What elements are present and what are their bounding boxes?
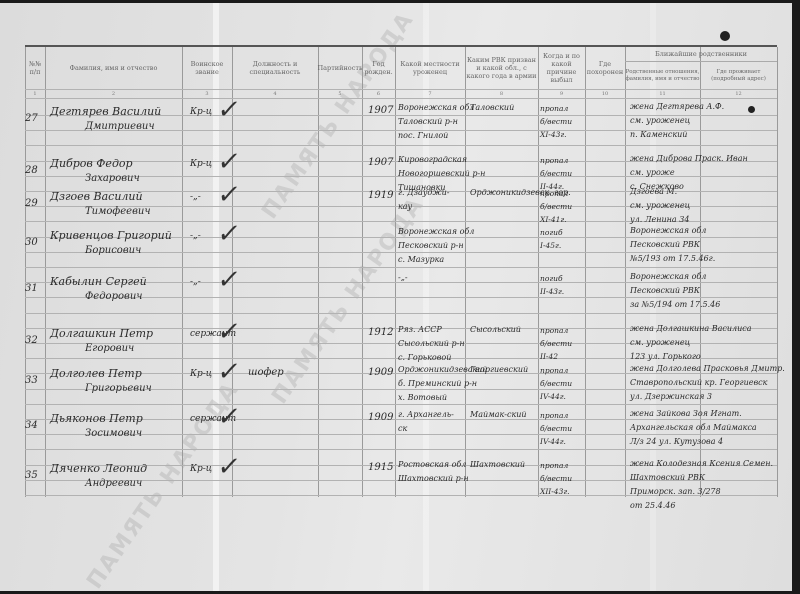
fate-line: б/вести — [540, 169, 572, 178]
fate-line: пропал — [540, 326, 568, 335]
birthplace-line: Сысольский р-н — [398, 339, 465, 348]
relative-line: Воронежская обл — [630, 272, 706, 281]
relative-line: 123 ул. Горького — [630, 352, 701, 361]
relative-line: Песковский РВК — [630, 286, 700, 295]
fate-line: пропал — [540, 189, 568, 198]
relative-line: п. Каменский — [630, 130, 687, 139]
column-number: 5 — [318, 91, 362, 97]
column-header-name: Фамилия, имя и отчество — [45, 48, 182, 88]
person-name: Долголев Петр — [50, 367, 142, 380]
column-number: 4 — [232, 91, 318, 97]
relative-line: см. уроженец — [630, 201, 690, 210]
fate-line: б/вести — [540, 117, 572, 126]
person-name: Дьяконов Петр — [50, 412, 143, 425]
birthplace-line: г. Дзауджи- — [398, 188, 449, 197]
birth-year: 1907 — [368, 105, 393, 116]
row-number: 30 — [25, 237, 38, 248]
fate-line: б/вести — [540, 202, 572, 211]
military-rank: -„- — [190, 277, 201, 287]
row-rule — [25, 267, 777, 268]
birth-year: 1907 — [368, 157, 393, 168]
row-rule — [25, 98, 777, 99]
birthplace-line: х. Вотовый — [398, 393, 447, 402]
birth-year: 1909 — [368, 412, 393, 423]
person-patronymic: Зосимович — [85, 428, 142, 439]
relative-line: Шахтовский РВК — [630, 473, 705, 482]
watermark-logo: ПАМЯТЬ НАРОДА — [267, 192, 429, 408]
person-patronymic: Захарович — [85, 173, 140, 184]
relative-line: жена Диброва Праск. Иван — [630, 154, 748, 163]
birthplace-line: Песковский р-н — [398, 241, 464, 250]
column-header-rvk: Каким РВК призван и какой обл., с какого… — [465, 48, 538, 88]
column-number: 7 — [395, 91, 465, 97]
person-patronymic: Андреевич — [85, 478, 142, 489]
relative-line: ул. Дзержинская 3 — [630, 392, 712, 401]
row-number: 35 — [25, 470, 38, 481]
column-header-num: №№ п/п — [25, 48, 45, 88]
birthplace-line: -„- — [398, 273, 408, 282]
row-number: 29 — [25, 198, 38, 209]
column-number: 12 — [700, 91, 777, 97]
relative-line: Ставропольский кр. Георгиевск — [630, 378, 767, 387]
column-number: 11 — [625, 91, 700, 97]
fate-line: б/вести — [540, 339, 572, 348]
relative-line: жена Долгашкина Василиса — [630, 324, 752, 333]
person-name: Дяченко Леонид — [50, 462, 147, 475]
row-rule — [25, 313, 777, 314]
birthplace-line: Новогоршевский р-н — [398, 169, 485, 178]
military-rank: Кр-ц — [190, 107, 212, 117]
column-header-birthplace: Какой местности уроженец — [395, 48, 465, 88]
fate-line: б/вести — [540, 474, 572, 483]
person-name: Кривенцов Григорий — [50, 229, 172, 242]
birthplace-line: Воронежская обл — [398, 227, 474, 236]
column-header-when: Когда и по какой причине выбыл — [538, 48, 585, 88]
birth-year: 1912 — [368, 327, 393, 338]
fate-line: II-43г. — [540, 287, 564, 296]
person-name: Долгашкин Петр — [50, 327, 153, 340]
rvk: Сысольский — [470, 325, 521, 334]
check-mark-icon: ✓ — [215, 147, 242, 177]
person-patronymic: Дмитриевич — [85, 121, 155, 132]
fate-line: пропал — [540, 104, 568, 113]
column-header-year: Год рожден. — [362, 48, 395, 88]
relative-line: см. уроженец — [630, 338, 690, 347]
fate-line: IV-44г. — [540, 437, 566, 446]
relative-line: Приморск. зап. 3/278 — [630, 487, 721, 496]
birthplace-line: кау — [398, 202, 412, 211]
relative-line: Воронежская обл — [630, 226, 706, 235]
fate-line: погиб — [540, 274, 563, 283]
birth-year: 1909 — [368, 367, 393, 378]
row-number: 31 — [25, 283, 38, 294]
relative-line: жена Дегтярева А.Ф. — [630, 102, 724, 111]
person-patronymic: Федорович — [85, 291, 142, 302]
relative-line: Архангельская обл Маймакса — [630, 423, 757, 432]
row-rule — [25, 145, 777, 146]
fate-line: XI-41г. — [540, 215, 567, 224]
person-patronymic: Борисович — [85, 245, 141, 256]
column-rule — [777, 47, 778, 497]
rvk: Георгиевский — [470, 365, 528, 374]
column-header-buried: Где похоронен — [585, 48, 625, 88]
fate-line: пропал — [540, 366, 568, 375]
row-number: 33 — [25, 375, 38, 386]
check-mark-icon: ✓ — [215, 219, 242, 249]
position: шофер — [248, 367, 284, 378]
relative-line: см. уроженец — [630, 116, 690, 125]
column-number: 9 — [538, 91, 585, 97]
fate-line: I-45г. — [540, 241, 561, 250]
birthplace-line: Воронежская обл — [398, 103, 474, 112]
birthplace-line: с. Горьковой — [398, 353, 451, 362]
column-header-position: Должность и специальность — [232, 48, 318, 88]
column-header-party: Партийность — [318, 48, 362, 88]
paper-damage — [720, 31, 730, 41]
fate-line: пропал — [540, 411, 568, 420]
birthplace-line: Таловский р-н — [398, 117, 458, 126]
birthplace-line: пос. Гнилой — [398, 131, 448, 140]
person-name: Дибров Федор — [50, 157, 133, 170]
birth-year: 1919 — [368, 190, 393, 201]
check-mark-icon: ✓ — [215, 95, 242, 125]
person-patronymic: Тимофеевич — [85, 206, 151, 217]
relative-line: жена Долголева Прасковья Дмитр. — [630, 364, 785, 373]
fate-line: б/вести — [540, 379, 572, 388]
rvk: Шахтовский — [470, 460, 525, 469]
fate-line: б/вести — [540, 424, 572, 433]
fate-line: IV-44г. — [540, 392, 566, 401]
relative-line: Л/з 24 ул. Кутузова 4 — [630, 437, 723, 446]
relatives-group-header: Ближайшие родственники — [625, 47, 777, 62]
rvk: Маймак-ский — [470, 410, 527, 419]
relative-line: за №5/194 от 17.5.46 — [630, 300, 720, 309]
column-number: 1 — [25, 91, 45, 97]
person-name: Дегтярев Василий — [50, 105, 161, 118]
column-header-rank: Воинское звание — [182, 48, 232, 88]
person-patronymic: Григорьевич — [85, 383, 152, 394]
fate-line: XII-43г. — [540, 487, 570, 496]
military-rank: -„- — [190, 231, 201, 241]
check-mark-icon: ✓ — [215, 357, 242, 387]
relative-line: №5/193 от 17.5.46г. — [630, 254, 715, 263]
rvk: Таловский — [470, 103, 514, 112]
check-mark-icon: ✓ — [215, 452, 242, 482]
military-rank: Кр-ц — [190, 369, 212, 379]
fate-line: погиб — [540, 228, 563, 237]
row-rule — [25, 89, 777, 90]
military-rank: Кр-ц — [190, 159, 212, 169]
birth-year: 1915 — [368, 462, 393, 473]
birthplace-line: с. Мазурка — [398, 255, 444, 264]
row-number: 28 — [25, 165, 38, 176]
birthplace-line: Ростовская обл — [398, 460, 466, 469]
column-number: 6 — [362, 91, 395, 97]
relative-line: от 25.4.46 — [630, 501, 675, 510]
relative-line: см. уроже — [630, 168, 675, 177]
birthplace-line: ск — [398, 424, 407, 433]
column-number: 2 — [45, 91, 182, 97]
person-name: Кабылин Сергей — [50, 275, 147, 288]
check-mark-icon: ✓ — [215, 265, 242, 295]
fate-line: пропал — [540, 461, 568, 470]
column-header-relatives: Родственные отношения, фамилия, имя и от… — [625, 63, 700, 89]
relative-line: жена Колодезная Ксения Семен. — [630, 459, 773, 468]
row-number: 27 — [25, 113, 38, 124]
birthplace-line: Ряз. АССР — [398, 325, 442, 334]
relative-line: Дзгоева М. — [630, 187, 677, 196]
column-number: 8 — [465, 91, 538, 97]
relative-line: жена Зайкова Зоя Игнат. — [630, 409, 742, 418]
fate-line: пропал — [540, 156, 568, 165]
relative-line: Песковский РВК — [630, 240, 700, 249]
birthplace-line: Шахтовский р-н — [398, 474, 469, 483]
relative-line: ул. Ленина 34 — [630, 215, 689, 224]
military-rank: -„- — [190, 192, 201, 202]
row-rule — [25, 404, 777, 405]
check-mark-icon: ✓ — [215, 402, 242, 432]
row-number: 34 — [25, 420, 38, 431]
birthplace-line: Кировоградская — [398, 155, 467, 164]
birthplace-line: г. Архангель- — [398, 410, 454, 419]
military-rank: Кр-ц — [190, 464, 212, 474]
column-header-address: Где проживает (подробный адрес) — [700, 63, 777, 89]
person-name: Дзгоев Василий — [50, 190, 143, 203]
fate-line: II-42 — [540, 352, 558, 361]
paper-damage — [748, 106, 755, 113]
column-number: 10 — [585, 91, 625, 97]
person-patronymic: Егорович — [85, 343, 134, 354]
row-number: 32 — [25, 335, 38, 346]
fate-line: XI-43г. — [540, 130, 567, 139]
birthplace-line: б. Преминский р-н — [398, 379, 477, 388]
archival-document-page: ПАМЯТЬ НАРОДА ПАМЯТЬ НАРОДА ПАМЯТЬ НАРОД… — [0, 3, 792, 591]
row-rule — [25, 449, 777, 450]
